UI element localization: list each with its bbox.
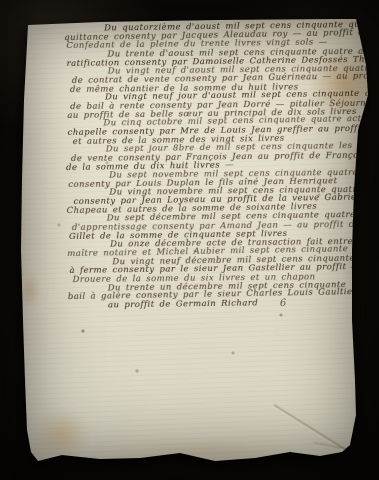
photo-background: Du quatorzième d'aoust mil sept cens cin… (0, 0, 379, 480)
marginal-mark: 6 (280, 298, 287, 309)
handwritten-text: Du quatorzième d'aoust mil sept cens cin… (66, 21, 372, 311)
paper-crease-corner-fold (314, 442, 373, 454)
manuscript-page: Du quatorzième d'aoust mil sept cens cin… (18, 14, 374, 464)
manuscript-line: au proffit de Germain Richard (70, 298, 372, 311)
manuscript-page-wrap: Du quatorzième d'aoust mil sept cens cin… (0, 0, 379, 480)
paper-stain-left-mid (16, 269, 44, 313)
paper-speckles (18, 14, 20, 16)
paper-stain-bottom-edge (88, 434, 318, 468)
paper-crease-bottom-right (274, 404, 368, 464)
paper-stain-bottom-left (22, 399, 100, 469)
